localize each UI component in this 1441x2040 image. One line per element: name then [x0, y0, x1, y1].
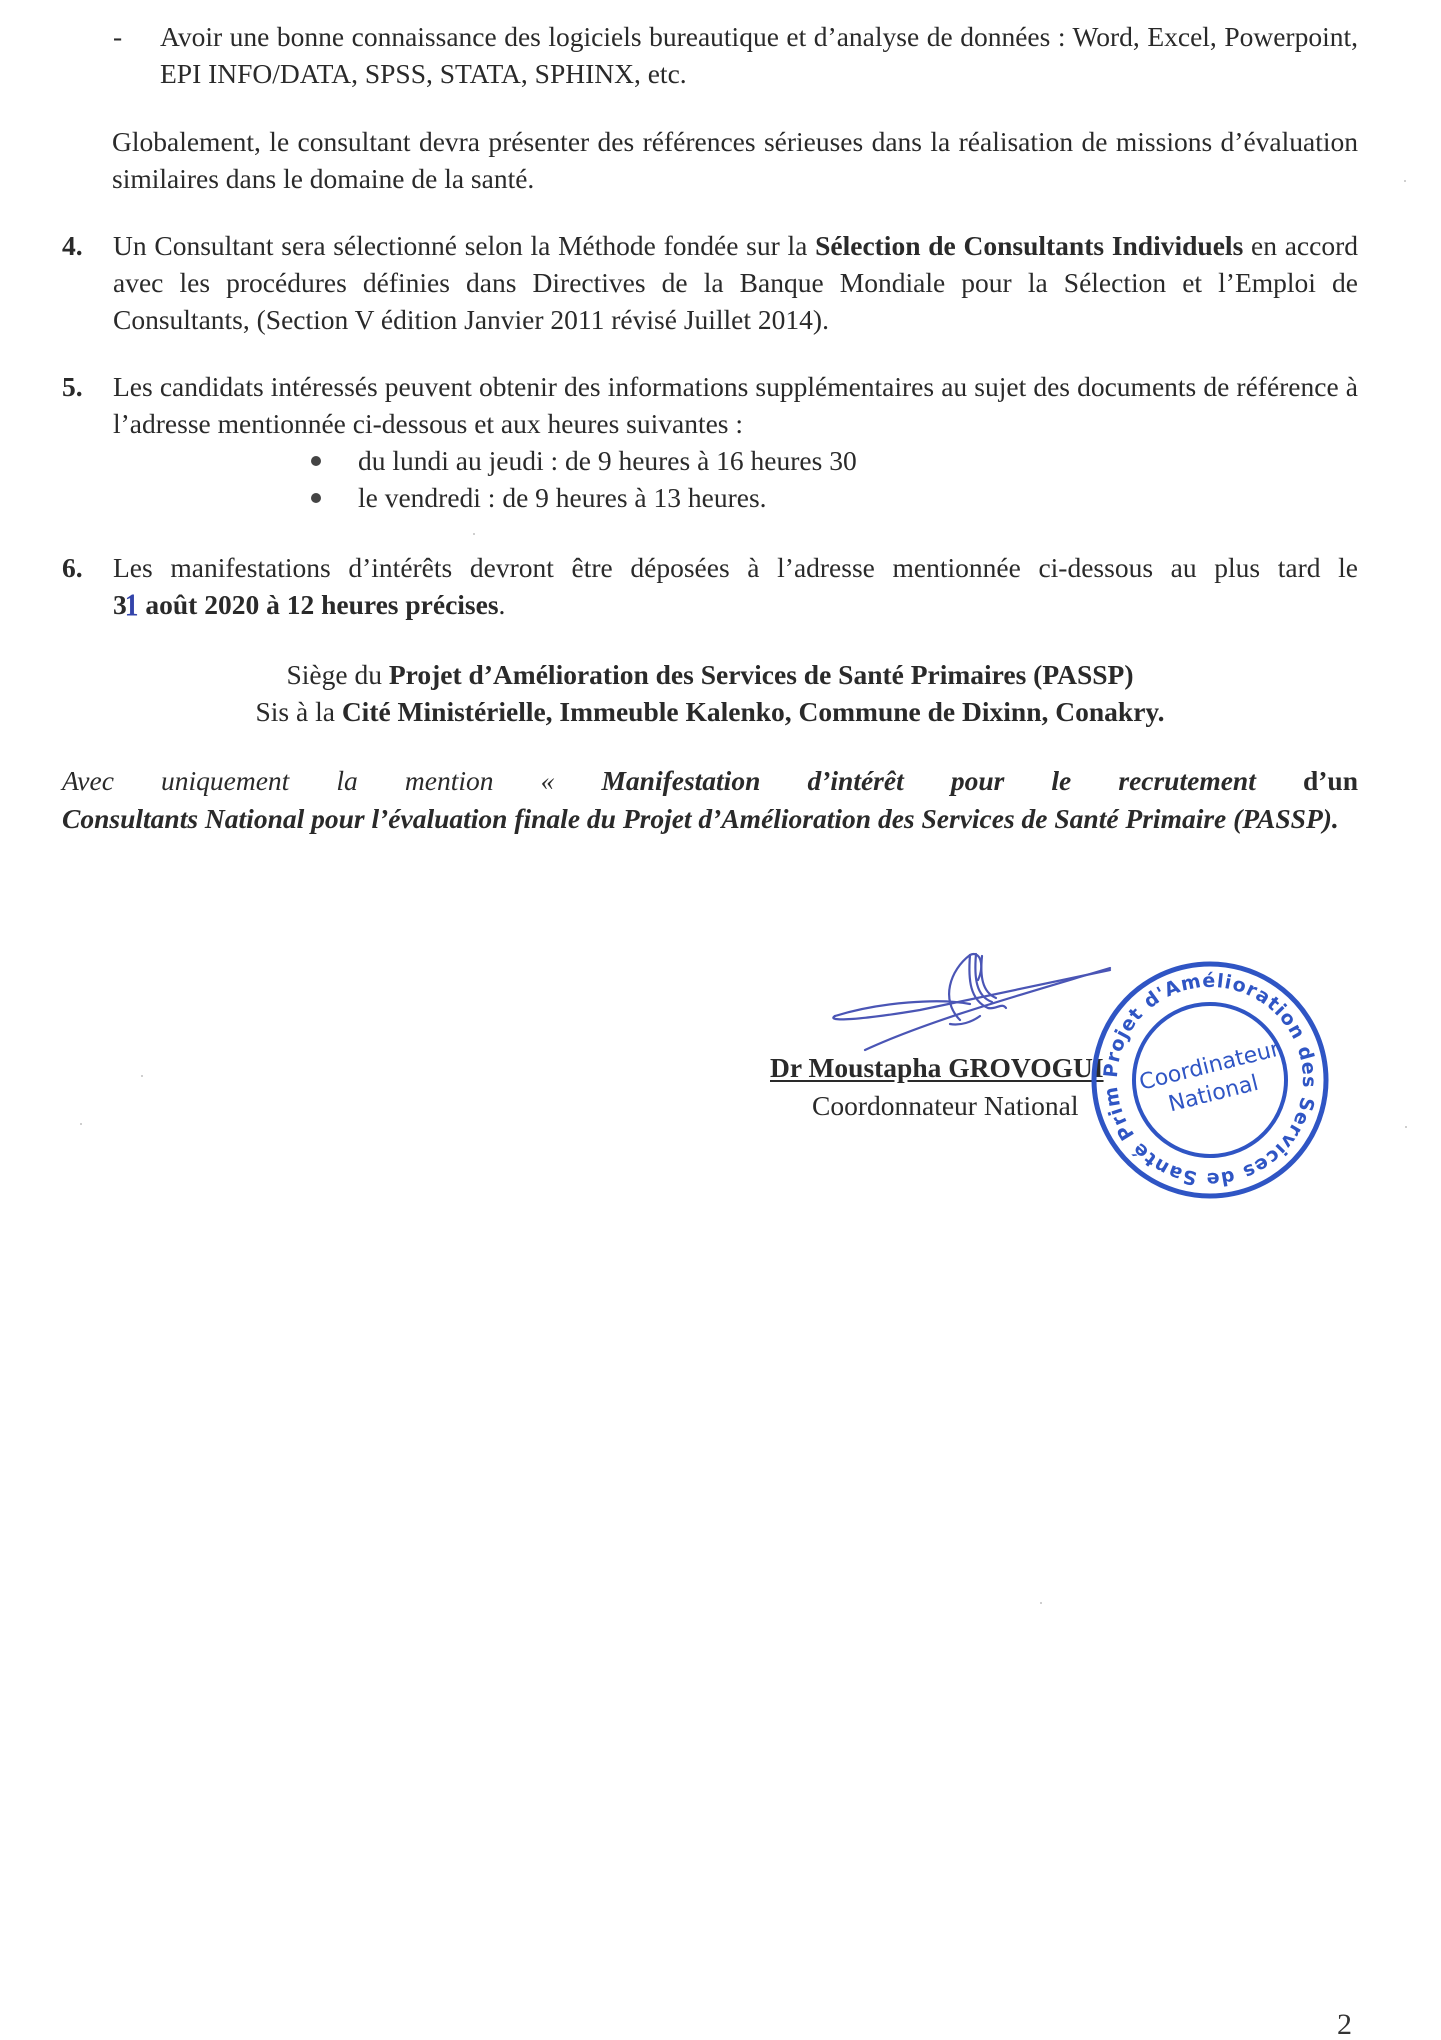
deadline-period: .: [499, 589, 506, 620]
list-dash-marker: -: [113, 18, 122, 55]
deadline-day-handwritten: 1: [125, 583, 139, 626]
mention-intro: Avec uniquement la mention «: [62, 765, 601, 796]
address-line-2-prefix: Sis à la: [255, 696, 341, 727]
scan-speck: [1404, 180, 1406, 182]
address-location: Cité Ministérielle, Immeuble Kalenko, Co…: [342, 696, 1165, 727]
mention-subject: Manifestation d’intérêt pour le recrutem…: [601, 765, 1255, 796]
scan-speck: [141, 1075, 143, 1077]
address-line-1-prefix: Siège du: [286, 659, 388, 690]
item-6-text: Les manifestations d’intérêts devront êt…: [113, 549, 1358, 586]
scan-speck: [473, 533, 475, 535]
item-4-bold-method: Sélection de Consultants Individuels: [815, 230, 1243, 261]
item-5-text: Les candidats intéressés peuvent obtenir…: [113, 368, 1358, 442]
item-4-text-before: Un Consultant sera sélectionné selon la …: [113, 230, 815, 261]
schedule-item-friday: le vendredi : de 9 heures à 13 heures.: [358, 479, 767, 516]
project-name: Projet d’Amélioration des Services de Sa…: [389, 659, 1134, 690]
bullet-icon: [311, 493, 321, 503]
scan-speck: [80, 1123, 82, 1125]
official-stamp-icon: Projet d'Amélioration des Services de Sa…: [1073, 943, 1348, 1218]
signatory-title: Coordonnateur National: [812, 1090, 1079, 1122]
address-line-2: Sis à la Cité Ministérielle, Immeuble Ka…: [60, 693, 1360, 730]
schedule-item-weekdays: du lundi au jeudi : de 9 heures à 16 heu…: [358, 442, 857, 479]
item-number-6: 6.: [62, 549, 83, 586]
mention-subject-end: d’un: [1256, 765, 1358, 796]
item-4-text: Un Consultant sera sélectionné selon la …: [113, 227, 1358, 338]
deadline-date: août 2020 à 12 heures précises: [139, 589, 499, 620]
mention-line-2: Consultants National pour l’évaluation f…: [62, 800, 1358, 837]
requirement-item-text: Avoir une bonne connaissance des logicie…: [160, 18, 1358, 92]
scan-speck: [1405, 1126, 1407, 1128]
address-line-1: Siège du Projet d’Amélioration des Servi…: [60, 656, 1360, 693]
scan-speck: [1040, 1602, 1042, 1604]
page-number: 2: [1337, 2008, 1352, 2040]
signatory-name: Dr Moustapha GROVOGUI: [770, 1052, 1104, 1084]
deadline-line: 31 août 2020 à 12 heures précises.: [113, 586, 1358, 623]
item-number-4: 4.: [62, 227, 83, 264]
item-number-5: 5.: [62, 368, 83, 405]
summary-paragraph: Globalement, le consultant devra présent…: [112, 123, 1358, 197]
mention-line-1: Avec uniquement la mention « Manifestati…: [62, 762, 1358, 799]
bullet-icon: [311, 456, 321, 466]
